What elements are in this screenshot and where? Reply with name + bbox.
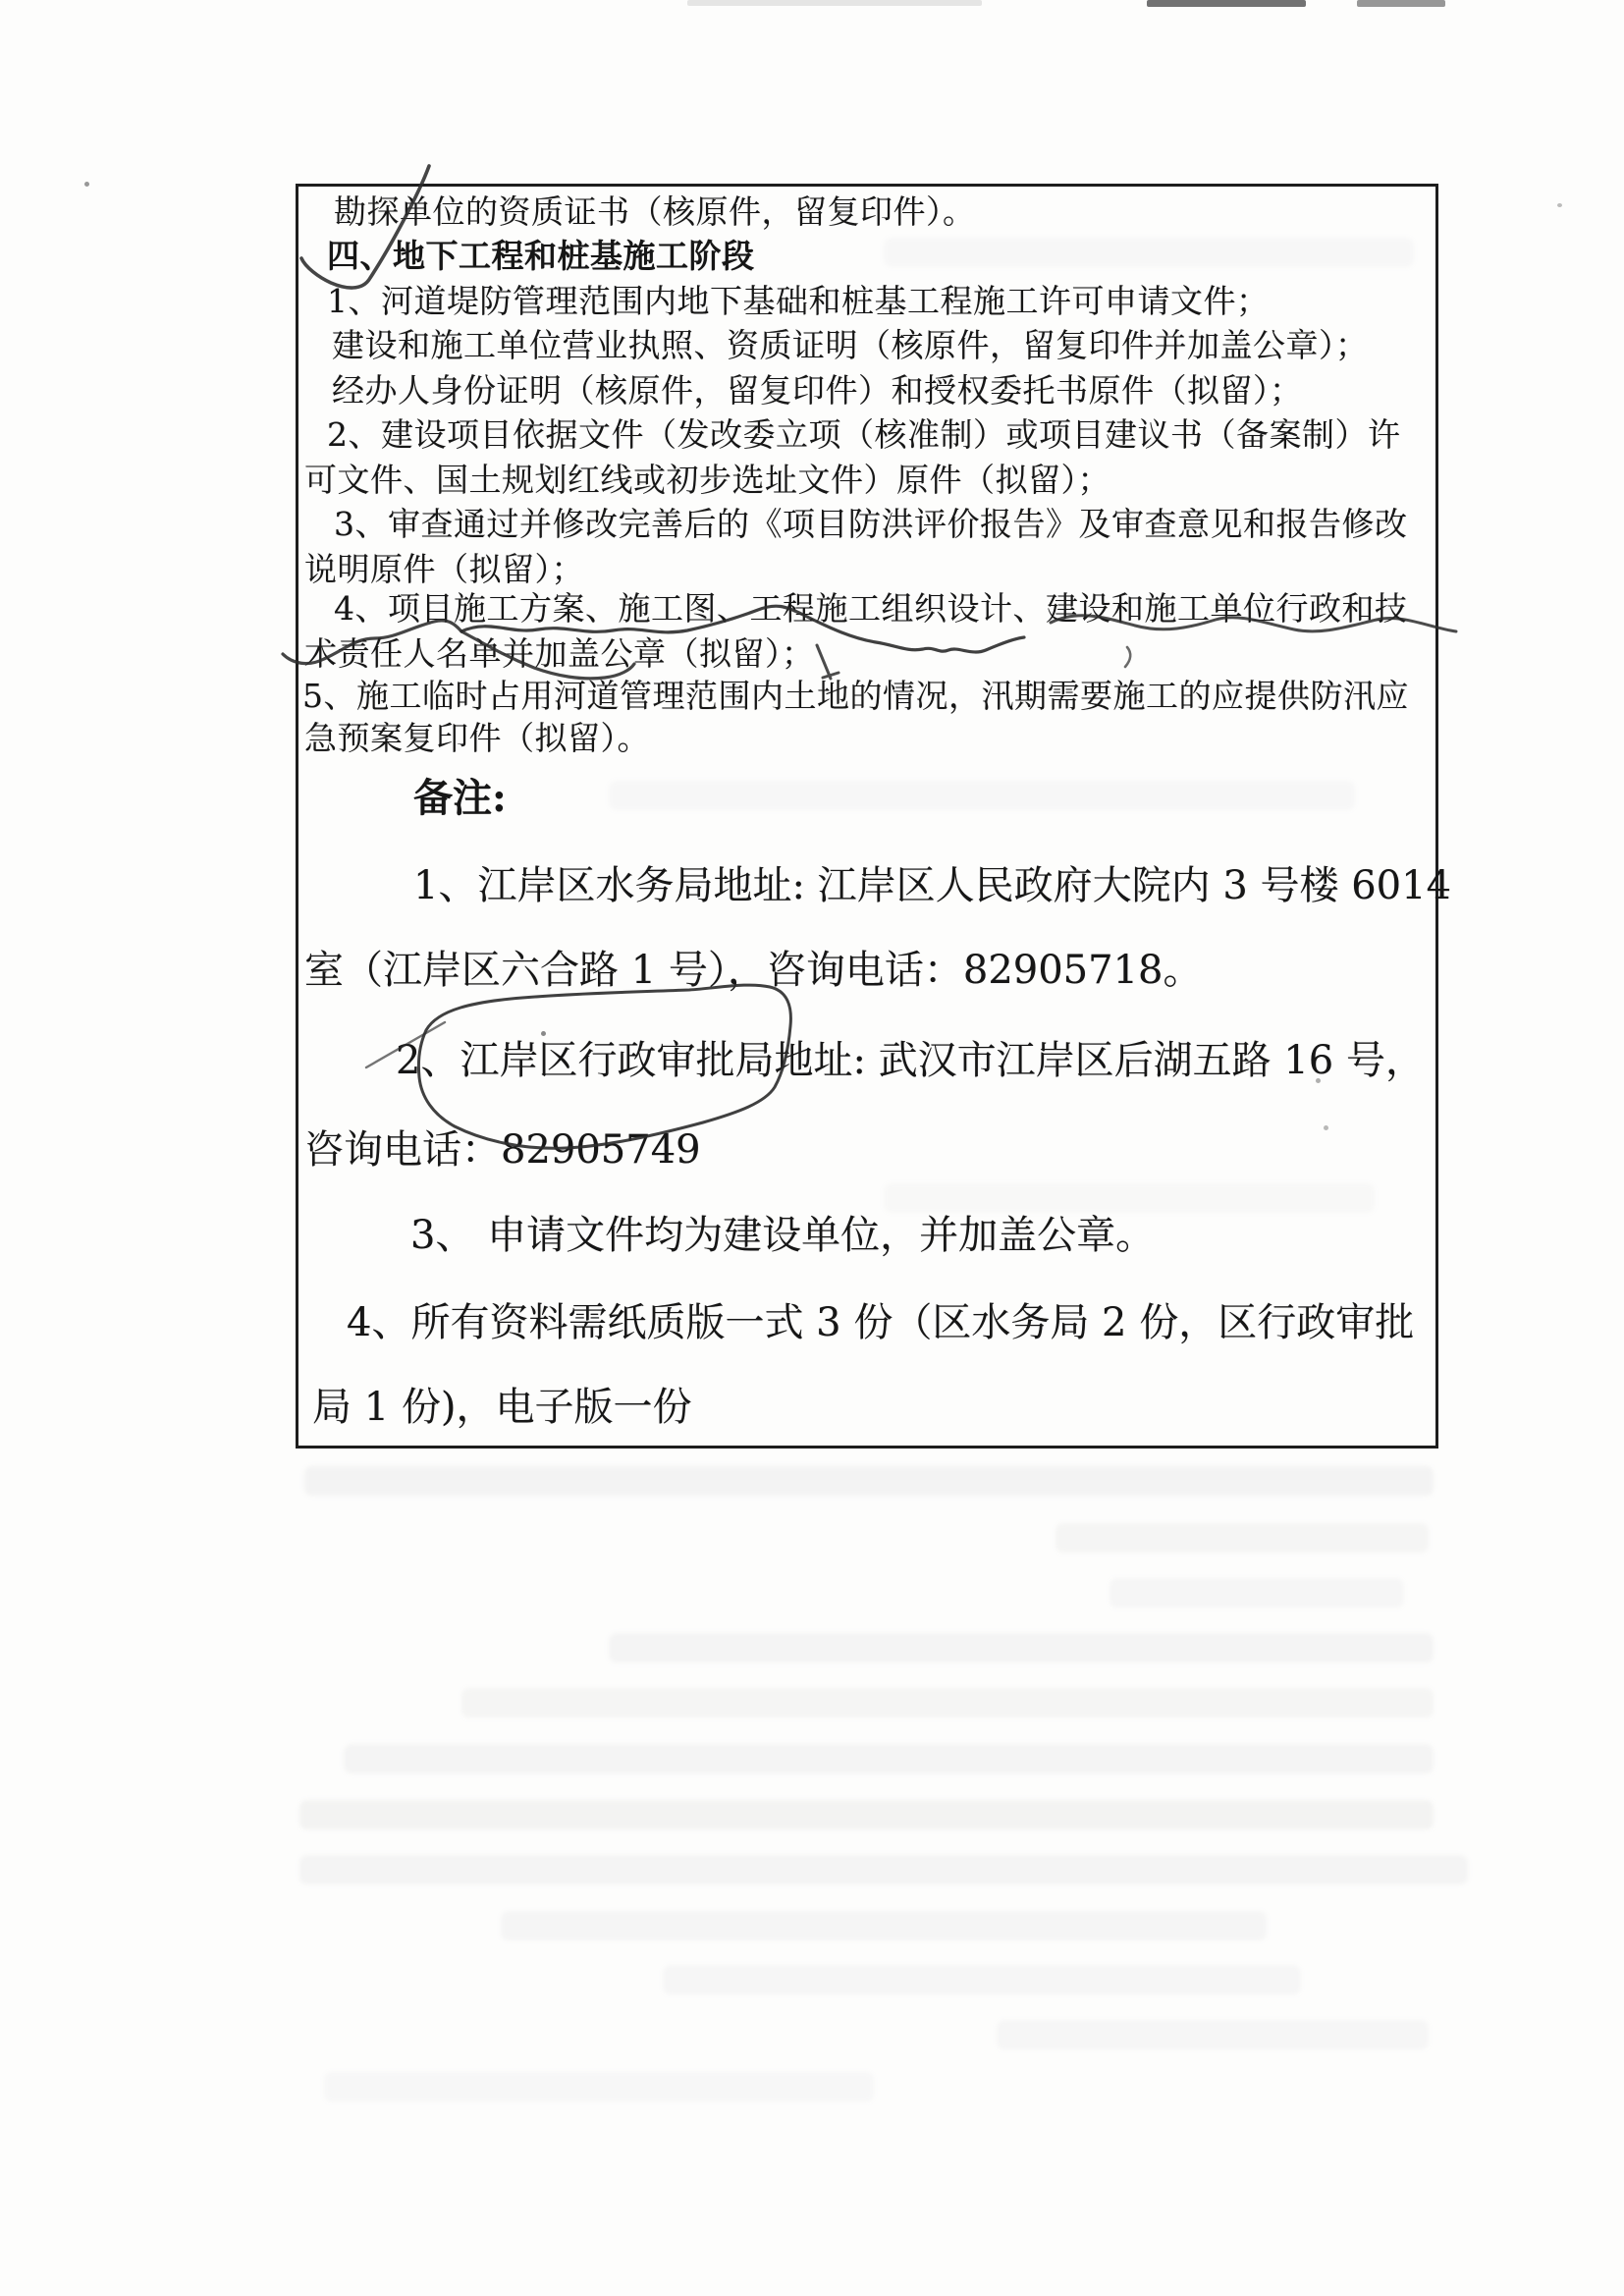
bleedthrough-noise bbox=[884, 1183, 1375, 1213]
bleedthrough-noise bbox=[304, 1466, 1434, 1496]
notes-heading: 备注: bbox=[413, 777, 507, 819]
note-line-2b: 咨询电话：82905749 bbox=[304, 1129, 701, 1172]
bleedthrough-noise bbox=[663, 1965, 1301, 1995]
document-table-cell: 勘探单位的资质证书（核原件，留复印件）。 四、地下工程和桩基施工阶段 1、河道堤… bbox=[296, 184, 1438, 1449]
scan-speck bbox=[84, 182, 89, 187]
bleedthrough-noise bbox=[1056, 1523, 1429, 1553]
req-line-1c: 经办人身份证明（核原件，留复印件）和授权委托书原件（拟留）； bbox=[332, 373, 1303, 409]
bleedthrough-noise bbox=[1110, 1578, 1404, 1608]
scan-streak bbox=[687, 0, 982, 6]
req-heading-phase4: 四、地下工程和桩基施工阶段 bbox=[327, 239, 755, 274]
scan-speck bbox=[1557, 203, 1562, 207]
req-line-prospecting: 勘探单位的资质证书（核原件，留复印件）。 bbox=[334, 194, 976, 230]
note-line-1b: 室（江岸区六合路 1 号），咨询电话：82905718。 bbox=[304, 950, 1202, 992]
note-line-2: 2、江岸区行政审批局地址: 武汉市江岸区后湖五路 16 号， bbox=[396, 1040, 1425, 1082]
req-line-1: 1、河道堤防管理范围内地下基础和桩基工程施工许可申请文件； bbox=[327, 284, 1270, 319]
bleedthrough-noise bbox=[609, 1633, 1434, 1663]
bleedthrough-noise bbox=[299, 1800, 1434, 1830]
req-line-5: 5、施工临时占用河道管理范围内土地的情况，汛期需要施工的应提供防汛应 bbox=[302, 679, 1409, 714]
bleedthrough-noise bbox=[324, 2072, 874, 2102]
scanned-document-page: 勘探单位的资质证书（核原件，留复印件）。 四、地下工程和桩基施工阶段 1、河道堤… bbox=[0, 0, 1624, 2296]
note-line-4b: 局 1 份)，电子版一份 bbox=[312, 1387, 691, 1429]
req-line-4b: 术责任人名单并加盖公章（拟留）； bbox=[304, 636, 815, 672]
req-line-5b: 急预案复印件（拟留）。 bbox=[304, 721, 650, 756]
bleedthrough-noise bbox=[344, 1744, 1434, 1774]
note-line-1: 1、江岸区水务局地址: 江岸区人民政府大院内 3 号楼 6014 bbox=[413, 865, 1451, 907]
bleedthrough-noise bbox=[997, 2020, 1429, 2050]
req-line-1b: 建设和施工单位营业执照、资质证明（核原件，留复印件并加盖公章）； bbox=[332, 328, 1369, 363]
req-line-4: 4、项目施工方案、施工图、工程施工组织设计、建设和施工单位行政和技 bbox=[334, 591, 1408, 627]
note-line-3: 3、 申请文件均为建设单位，并加盖公章。 bbox=[410, 1215, 1155, 1257]
bleedthrough-noise bbox=[299, 1855, 1468, 1885]
req-line-2b: 可文件、国土规划红线或初步选址文件）原件（拟留）； bbox=[304, 463, 1110, 498]
scan-streak bbox=[1147, 0, 1306, 7]
bleedthrough-noise bbox=[609, 781, 1355, 810]
note-line-4: 4、所有资料需纸质版一式 3 份（区水务局 2 份，区行政审批 bbox=[347, 1302, 1414, 1344]
bleedthrough-noise bbox=[884, 238, 1414, 267]
req-line-3: 3、审查通过并修改完善后的《项目防洪评价报告》及审查意见和报告修改 bbox=[334, 507, 1408, 542]
req-line-3b: 说明原件（拟留）； bbox=[304, 552, 584, 587]
bleedthrough-noise bbox=[461, 1688, 1434, 1718]
scan-streak bbox=[1357, 0, 1445, 7]
req-line-2: 2、建设项目依据文件（发改委立项（核准制）或项目建议书（备案制）许 bbox=[327, 417, 1401, 453]
bleedthrough-noise bbox=[501, 1911, 1267, 1941]
